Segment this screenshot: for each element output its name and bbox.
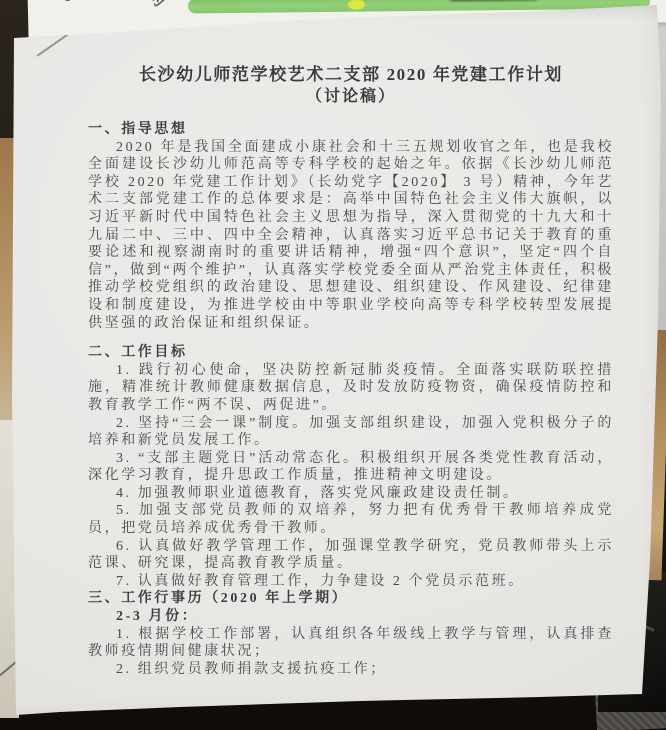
doc-paragraph: 5. 加强支部党员教师的双培养，努力把有优秀骨干教师培养成党员，把党员培养成优秀…: [88, 502, 614, 537]
photo-of-document: 丷 约 义 长沙幼儿师范学校艺术二支部 2020 年党建工作计划 （讨论稿） 一…: [0, 0, 666, 730]
handwriting-mark: 丷: [58, 0, 76, 7]
doc-paragraph: 2020 年是我国全面建成小康社会和十三五规划收官之年，也是我校全面建设长沙幼儿…: [88, 139, 614, 333]
pencil-mark: [36, 33, 68, 56]
doc-paragraph: 2. 组织党员教师捐款支援抗疫工作；: [88, 661, 614, 679]
subheading-feb-march: 2-3 月份：: [88, 608, 614, 626]
doc-paragraph: 7. 认真做好教育管理工作，力争建设 2 个党员示范班。: [88, 573, 614, 591]
doc-paragraph: 1. 践行初心使命，坚决防控新冠肺炎疫情。全面落实联防联控措施，精准统计教师健康…: [88, 362, 614, 415]
paper-sheet: 长沙幼儿师范学校艺术二支部 2020 年党建工作计划 （讨论稿） 一、指导思想 …: [0, 0, 666, 730]
doc-paragraph: 1. 根据学校工作部署，认真组织各年级线上教学与管理，认真排查教师疫情期间健康状…: [88, 626, 614, 661]
doc-paragraph: 3. “支部主题党日”活动常态化。积极组织开展各类党性教育活动，深化学习教育，提…: [88, 450, 614, 485]
document-subtitle: （讨论稿）: [88, 87, 614, 107]
document-title: 长沙幼儿师范学校艺术二支部 2020 年党建工作计划: [88, 64, 614, 85]
section-heading-work-goals: 二、工作目标: [88, 344, 614, 362]
doc-paragraph: 4. 加强教师职业道德教育，落实党风廉政建设责任制。: [88, 485, 614, 503]
yellow-highlight-mark: [348, 0, 365, 10]
section-heading-guiding-ideology: 一、指导思想: [88, 121, 614, 139]
doc-paragraph: 6. 认真做好教学管理工作，加强课堂教学研究，党员教师带头上示范课、研究课，提高…: [88, 538, 614, 573]
section-heading-work-calendar: 三、工作行事历（2020 年上学期）: [88, 590, 614, 608]
dark-smudge: [450, 0, 538, 1]
handwriting-mark: 约: [145, 0, 169, 11]
document-body: 长沙幼儿师范学校艺术二支部 2020 年党建工作计划 （讨论稿） 一、指导思想 …: [88, 64, 614, 678]
doc-paragraph: 2. 坚持“三会一课”制度。加强支部组织建设，加强入党积极分子的培养和新党员发展…: [88, 415, 614, 450]
desk-wood-edge-left: [0, 138, 14, 438]
